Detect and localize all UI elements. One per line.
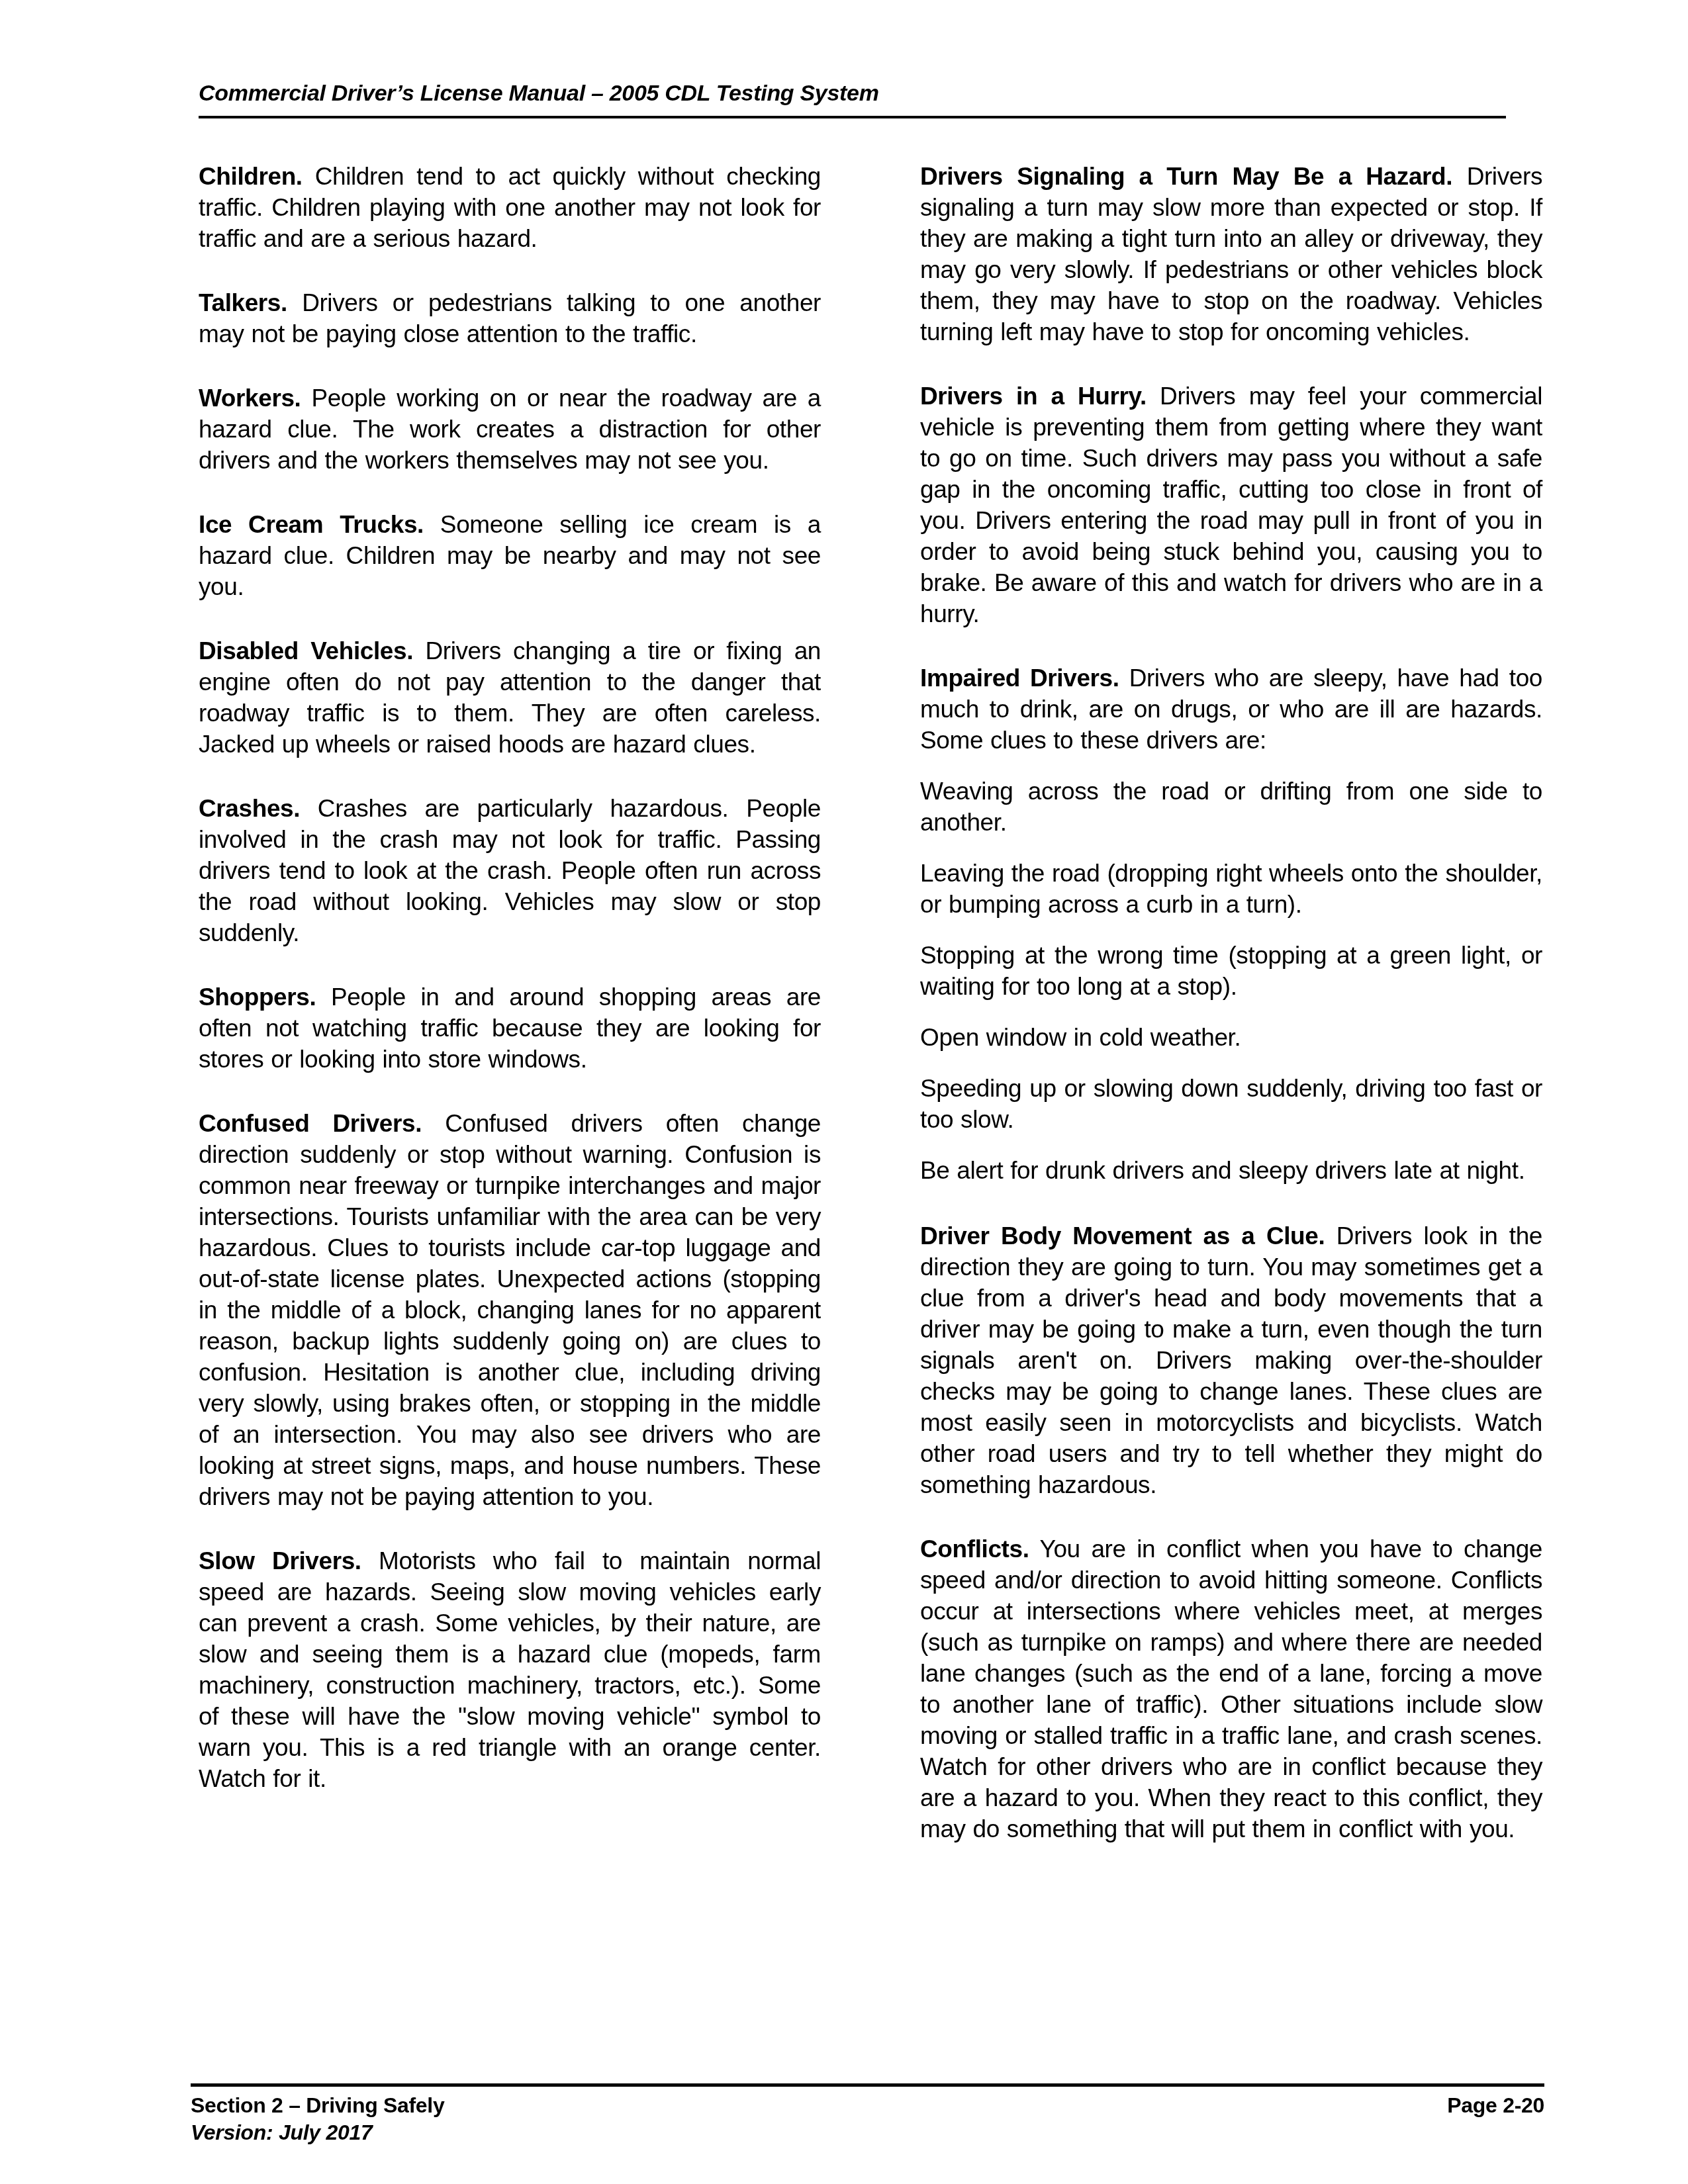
document-page: Commercial Driver’s License Manual – 200… [0,0,1688,2184]
paragraph-body: Drivers or pedestrians talking to one an… [199,289,821,347]
paragraph-drivers-in-a-hurry: Drivers in a Hurry. Drivers may feel you… [920,381,1542,629]
document-header: Commercial Driver’s License Manual – 200… [199,81,1542,118]
clue-open-window: Open window in cold weather. [920,1022,1542,1053]
right-column: Drivers Signaling a Turn May Be a Hazard… [920,161,1542,1844]
paragraph-body: Stopping at the wrong time (stopping at … [920,942,1542,1000]
paragraph-body: Motorists who fail to maintain normal sp… [199,1547,821,1792]
paragraph-body: Speeding up or slowing down suddenly, dr… [920,1075,1542,1133]
paragraph-children: Children. Children tend to act quickly w… [199,161,821,254]
paragraph-workers: Workers. People working on or near the r… [199,383,821,476]
page-content: Children. Children tend to act quickly w… [199,161,1542,1844]
paragraph-driver-body-movement: Driver Body Movement as a Clue. Drivers … [920,1220,1542,1500]
paragraph-body: Confused drivers often change direction … [199,1110,821,1510]
footer-page-number: Page 2-20 [1447,2093,1544,2118]
clue-speeding-slowing: Speeding up or slowing down suddenly, dr… [920,1073,1542,1135]
paragraph-conflicts: Conflicts. You are in conflict when you … [920,1533,1542,1844]
footer-section-label: Section 2 – Driving Safely [191,2093,444,2118]
paragraph-heading: Disabled Vehicles. [199,637,413,664]
paragraph-shoppers: Shoppers. People in and around shopping … [199,981,821,1075]
footer-version-label: Version: July 2017 [191,2120,1544,2145]
paragraph-body: Weaving across the road or drifting from… [920,778,1542,836]
paragraph-heading: Drivers Signaling a Turn May Be a Hazard… [920,163,1452,190]
paragraph-heading: Conflicts. [920,1535,1029,1563]
paragraph-body: Leaving the road (dropping right wheels … [920,860,1542,918]
footer-row: Section 2 – Driving Safely Page 2-20 [191,2093,1544,2118]
paragraph-body: Be alert for drunk drivers and sleepy dr… [920,1157,1525,1184]
paragraph-heading: Children. [199,163,303,190]
paragraph-impaired-drivers: Impaired Drivers. Drivers who are sleepy… [920,662,1542,756]
paragraph-heading: Drivers in a Hurry. [920,383,1147,410]
paragraph-body: Drivers may feel your commercial vehicle… [920,383,1542,627]
paragraph-slow-drivers: Slow Drivers. Motorists who fail to main… [199,1545,821,1794]
paragraph-heading: Slow Drivers. [199,1547,361,1574]
clue-leaving-road: Leaving the road (dropping right wheels … [920,858,1542,920]
paragraph-drivers-signaling-turn: Drivers Signaling a Turn May Be a Hazard… [920,161,1542,347]
paragraph-talkers: Talkers. Drivers or pedestrians talking … [199,287,821,349]
paragraph-body: Open window in cold weather. [920,1024,1241,1051]
clue-weaving: Weaving across the road or drifting from… [920,776,1542,838]
clue-stopping-wrong-time: Stopping at the wrong time (stopping at … [920,940,1542,1002]
clue-drunk-sleepy: Be alert for drunk drivers and sleepy dr… [920,1155,1542,1186]
paragraph-confused-drivers: Confused Drivers. Confused drivers often… [199,1108,821,1512]
left-column: Children. Children tend to act quickly w… [199,161,821,1844]
paragraph-body: Drivers signaling a turn may slow more t… [920,163,1542,345]
paragraph-heading: Confused Drivers. [199,1110,422,1137]
paragraph-heading: Crashes. [199,795,300,822]
paragraph-body: Drivers look in the direction they are g… [920,1222,1542,1498]
paragraph-heading: Shoppers. [199,983,316,1011]
paragraph-disabled-vehicles: Disabled Vehicles. Drivers changing a ti… [199,635,821,760]
paragraph-ice-cream-trucks: Ice Cream Trucks. Someone selling ice cr… [199,509,821,602]
document-title: Commercial Driver’s License Manual – 200… [199,81,1542,116]
paragraph-heading: Driver Body Movement as a Clue. [920,1222,1325,1250]
document-footer: Section 2 – Driving Safely Page 2-20 Ver… [191,2083,1544,2145]
footer-rule [191,2083,1544,2087]
paragraph-heading: Ice Cream Trucks. [199,511,424,538]
paragraph-heading: Talkers. [199,289,287,316]
paragraph-heading: Workers. [199,385,301,412]
paragraph-body: You are in conflict when you have to cha… [920,1535,1542,1843]
paragraph-heading: Impaired Drivers. [920,664,1119,692]
paragraph-crashes: Crashes. Crashes are particularly hazard… [199,793,821,948]
header-rule [199,116,1506,118]
